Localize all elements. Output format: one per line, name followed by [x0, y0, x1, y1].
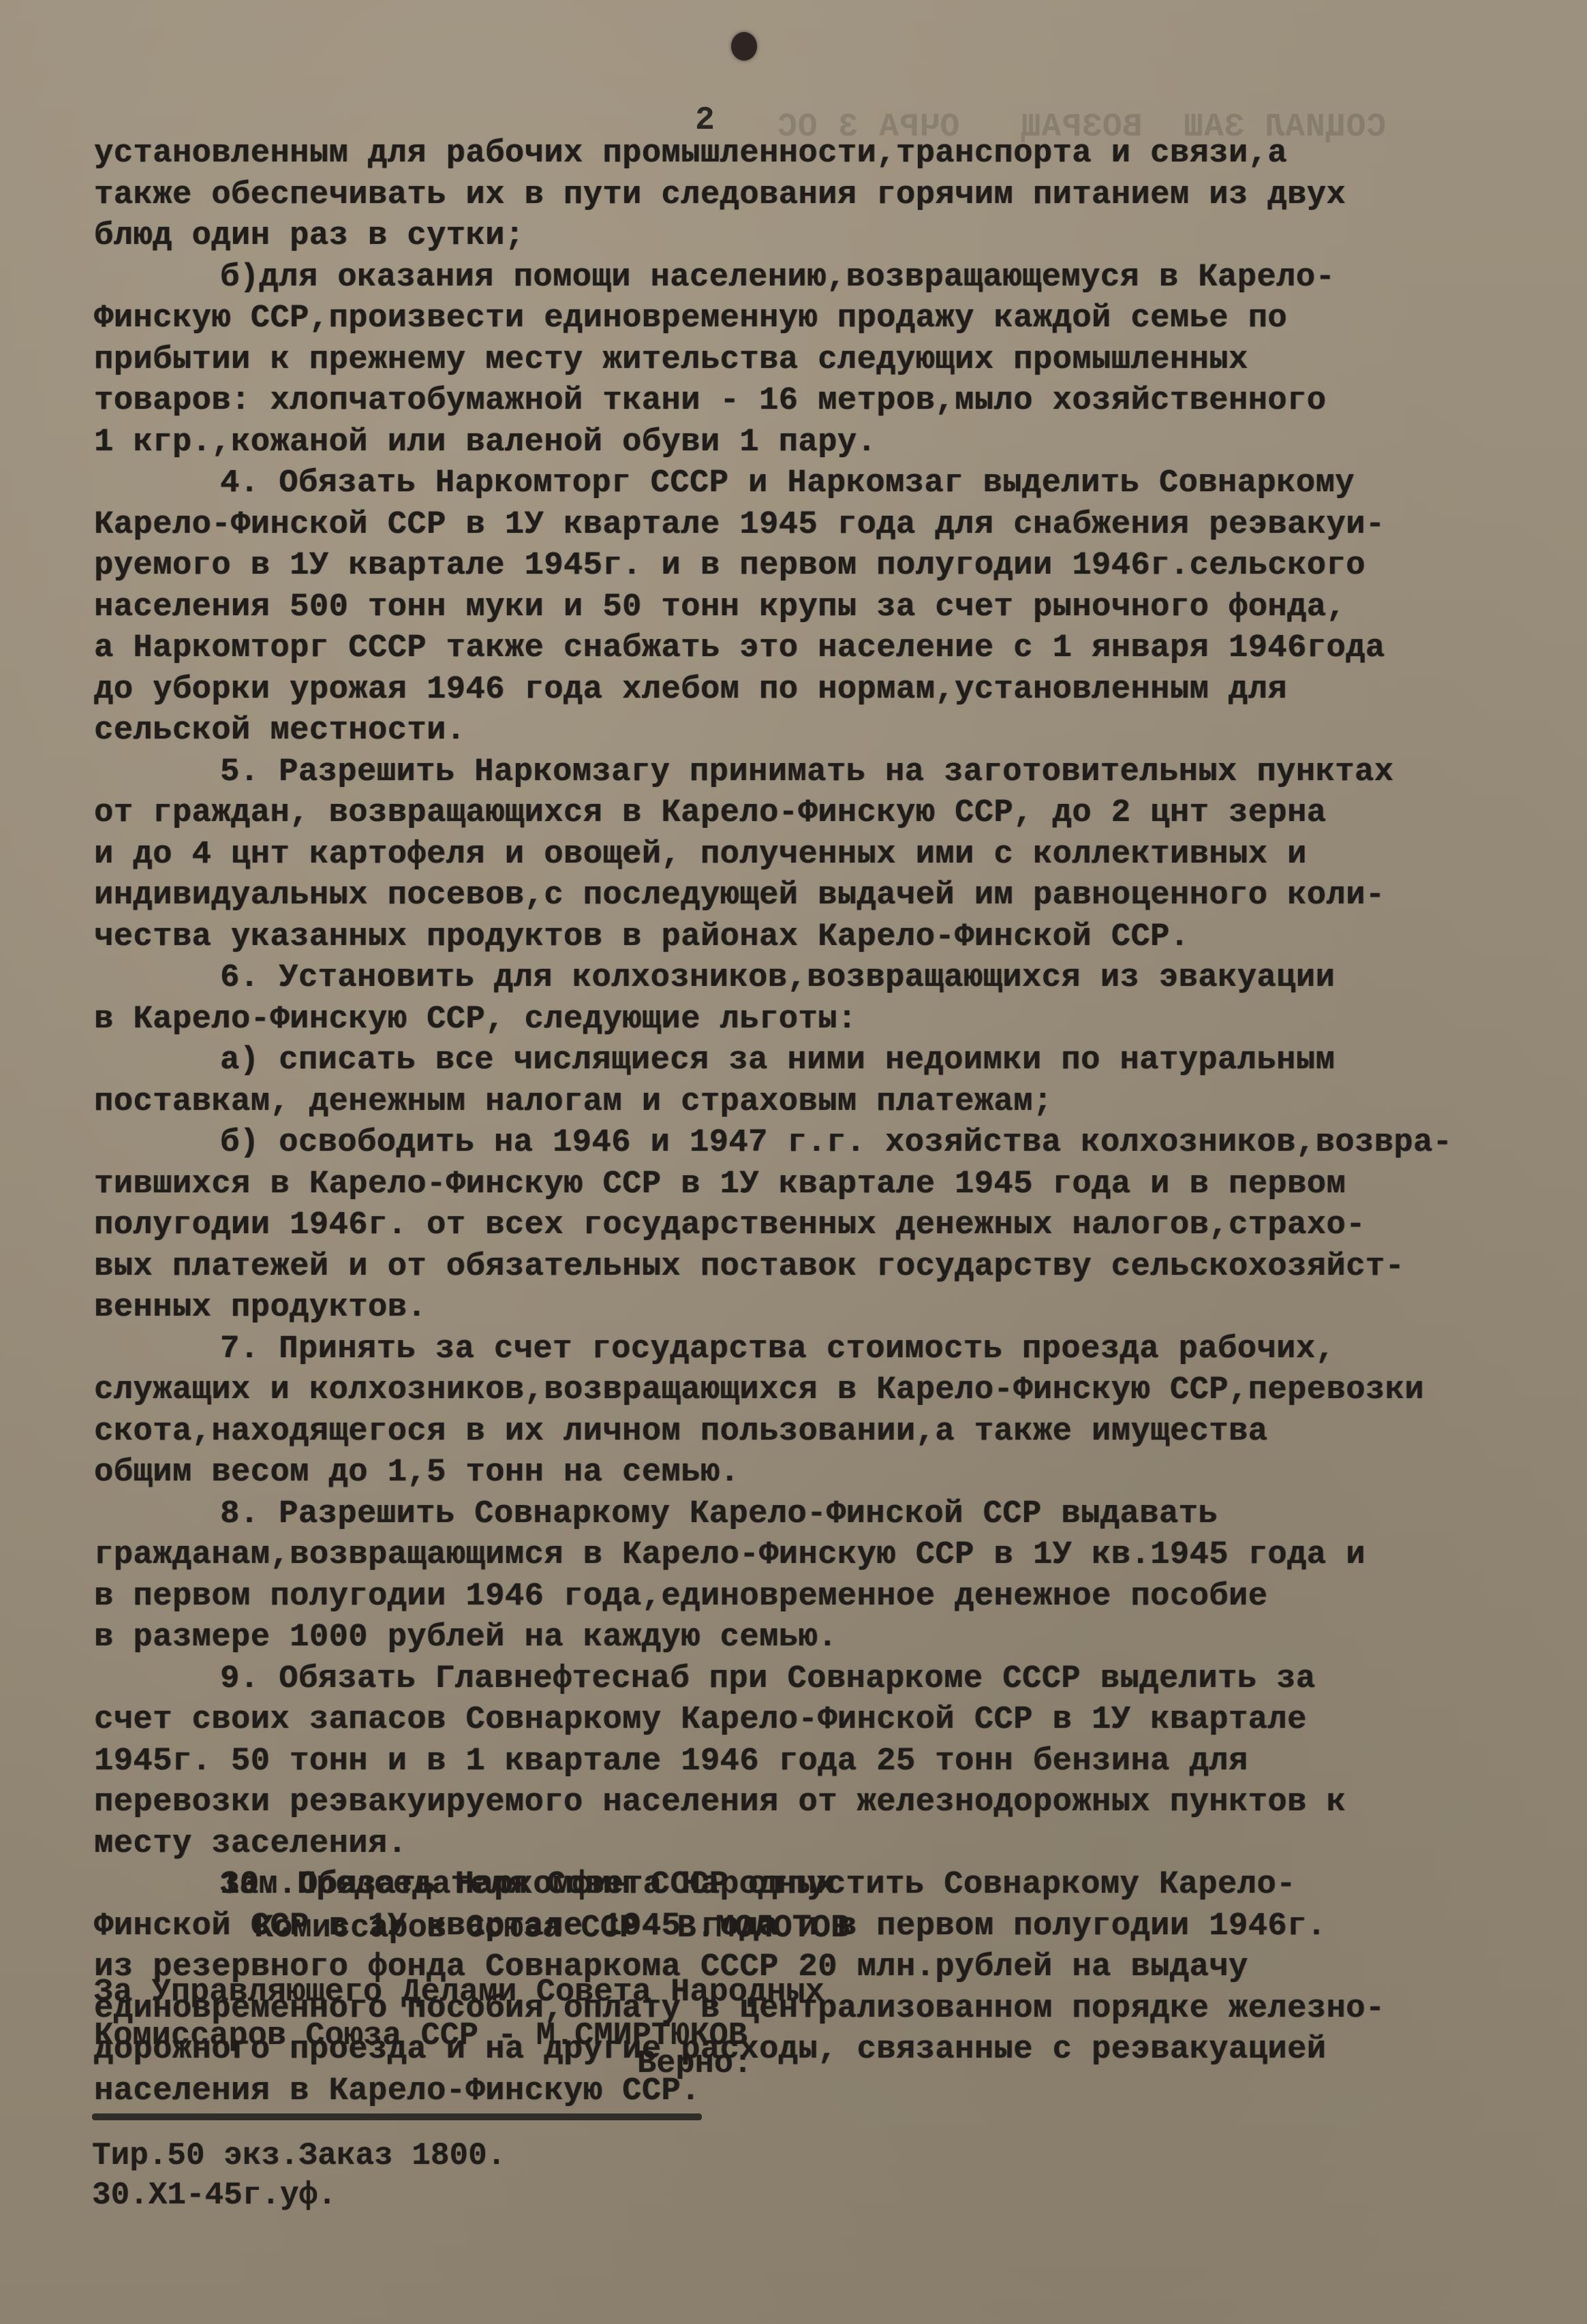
signature-title-smirtyukov: За Управляющего Делами Совета Народных [94, 1971, 850, 2015]
body-line: б) освободить на 1946 и 1947 г.г. хозяйс… [94, 1123, 1559, 1164]
body-line: 6. Установить для колхозников,возвращающ… [94, 958, 1559, 1000]
body-line: полугодии 1946г. от всех государственных… [94, 1205, 1559, 1247]
certification-label: Верно: [637, 2046, 752, 2082]
body-line: служащих и колхозников,возвращающихся в … [94, 1370, 1559, 1412]
body-line: в первом полугодии 1946 года,единовремен… [94, 1577, 1559, 1618]
body-line: поставкам, денежным налогам и страховым … [94, 1082, 1559, 1124]
body-line: общим весом до 1,5 тонн на семью. [94, 1453, 1559, 1494]
signature-title-molotov: Зам.Председателя Совета Народных [94, 1863, 850, 1907]
body-line: также обеспечивать их в пути следования … [94, 175, 1559, 217]
body-line: 7. Принять за счет государства стоимость… [94, 1329, 1559, 1371]
body-line: 5. Разрешить Наркомзагу принимать на заг… [94, 752, 1559, 794]
body-line: счет своих запасов Совнаркому Карело-Фин… [94, 1700, 1559, 1741]
body-line: венных продуктов. [94, 1288, 1559, 1329]
body-line: месту заселения. [94, 1824, 1559, 1865]
body-line: гражданам,возвращающимся в Карело-Финску… [94, 1535, 1559, 1577]
body-line: б)для оказания помощи населению,возвраща… [94, 258, 1559, 299]
body-line: индивидуальных посевов,с последующей выд… [94, 876, 1559, 917]
print-footer: Тир.50 экз.Заказ 1800. 30.Х1-45г.уф. [92, 2136, 506, 2215]
body-line: в Карело-Финскую ССР, следующие льготы: [94, 1000, 1559, 1041]
print-date-info: 30.Х1-45г.уф. [92, 2175, 506, 2215]
signature-name-molotov: Комиссаров Союза ССР- В.МОЛОТОВ [94, 1907, 850, 1951]
document-body: установленным для рабочих промышленности… [94, 134, 1559, 2112]
body-line: вых платежей и от обязательных поставок … [94, 1247, 1559, 1288]
signature-spacer [94, 1951, 850, 1971]
signature-block: Зам.Председателя Совета Народных Комисса… [94, 1863, 850, 2058]
body-line: перевозки реэвакуируемого населения от ж… [94, 1782, 1559, 1824]
body-line: сельской местности. [94, 711, 1559, 752]
body-line: установленным для рабочих промышленности… [94, 134, 1559, 175]
horizontal-rule [92, 2113, 702, 2120]
body-line: населения в Карело-Финскую ССР. [94, 2071, 1559, 2113]
body-line: до уборки урожая 1946 года хлебом по нор… [94, 670, 1559, 711]
body-line: населения 500 тонн муки и 50 тонн крупы … [94, 587, 1559, 629]
body-line: и до 4 цнт картофеля и овощей, полученны… [94, 835, 1559, 876]
body-line: от граждан, возвращающихся в Карело-Финс… [94, 793, 1559, 835]
body-line: товаров: хлопчатобумажной ткани - 16 мет… [94, 381, 1559, 422]
body-line: а) списать все числящиеся за ними недоим… [94, 1040, 1559, 1082]
body-line: скота,находящегося в их личном пользован… [94, 1412, 1559, 1453]
body-line: Карело-Финской ССР в 1У квартале 1945 го… [94, 505, 1559, 546]
body-line: Финскую ССР,произвести единовременную пр… [94, 298, 1559, 340]
body-line: в размере 1000 рублей на каждую семью. [94, 1617, 1559, 1659]
body-line: тившихся в Карело-Финскую ССР в 1У кварт… [94, 1164, 1559, 1206]
body-line: 8. Разрешить Совнаркому Карело-Финской С… [94, 1494, 1559, 1536]
body-line: 9. Обязать Главнефтеснаб при Совнаркоме … [94, 1659, 1559, 1701]
body-line: блюд один раз в сутки; [94, 216, 1559, 258]
body-line: а Наркомторг СССР также снабжать это нас… [94, 628, 1559, 670]
body-line: чества указанных продуктов в районах Кар… [94, 917, 1559, 959]
print-run-info: Тир.50 экз.Заказ 1800. [92, 2136, 506, 2175]
body-line: 4. Обязать Наркомторг СССР и Наркомзаг в… [94, 463, 1559, 505]
punch-hole [731, 32, 757, 61]
body-line: 1945г. 50 тонн и в 1 квартале 1946 года … [94, 1741, 1559, 1783]
body-line: руемого в 1У квартале 1945г. и в первом … [94, 546, 1559, 587]
body-line: 1 кгр.,кожаной или валеной обуви 1 пару. [94, 422, 1559, 464]
body-line: прибытии к прежнему месту жительства сле… [94, 340, 1559, 382]
